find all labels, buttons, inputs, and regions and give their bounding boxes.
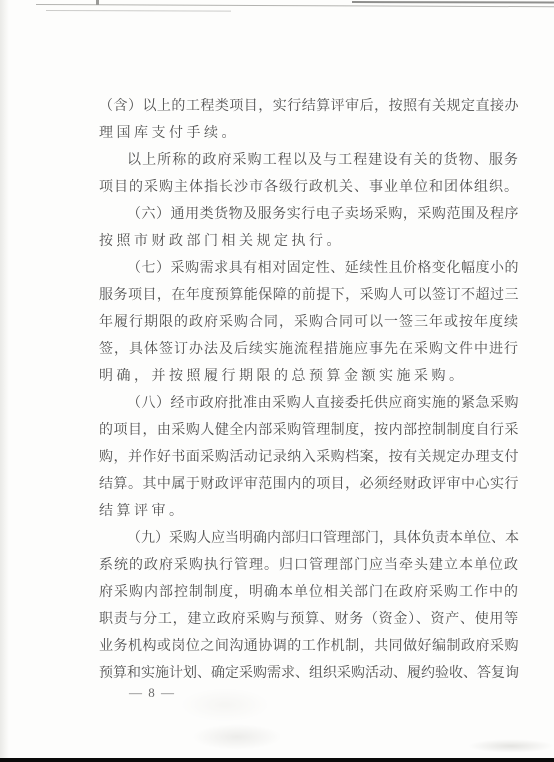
- text-line: 签，具体签订办法及后续实施流程措施应事先在采购文件中进行: [99, 336, 519, 363]
- text-line: 明确，并按照履行期限的总预算金额实施采购。: [99, 363, 519, 390]
- left-edge-shading: [0, 0, 9, 762]
- text-line: 的项目，由采购人健全内部采购管理制度，按内部控制制度自行采: [99, 417, 519, 444]
- text-line: 服务项目，在年度预算能保障的前提下，采购人可以签订不超过三: [99, 282, 519, 309]
- text-line: 按照市财政部门相关规定执行。: [99, 228, 519, 255]
- text-line: 年履行期限的政府采购合同，采购合同可以一签三年或按年度续: [99, 309, 519, 336]
- text-line: （九）采购人应当明确内部归口管理部门，具体负责本单位、本: [99, 525, 519, 552]
- text-line: 系统的政府采购执行管理。归口管理部门应当牵头建立本单位政: [99, 552, 519, 579]
- scan-smudge-bottom-center: [192, 724, 282, 750]
- scan-streak-short: [46, 10, 231, 12]
- text-line: 理国库支付手续。: [99, 120, 519, 147]
- scan-smudge-bottom-right: [468, 739, 554, 753]
- body-text: （含）以上的工程类项目，实行结算评审后，按照有关规定直接办理国库支付手续。以上所…: [99, 93, 519, 687]
- scan-smudge-near-page-number: [180, 688, 270, 722]
- text-line: （含）以上的工程类项目，实行结算评审后，按照有关规定直接办: [99, 93, 519, 120]
- text-line: （六）通用类货物及服务实行电子卖场采购，采购范围及程序: [99, 201, 519, 228]
- scanned-document-page: （含）以上的工程类项目，实行结算评审后，按照有关规定直接办理国库支付手续。以上所…: [0, 0, 554, 762]
- text-line: 府采购内部控制制度，明确本单位相关部门在政府采购工作中的: [99, 579, 519, 606]
- text-line: 职责与分工，建立政府采购与预算、财务（资金）、资产、使用等: [99, 606, 519, 633]
- text-line: 以上所称的政府采购工程以及与工程建设有关的货物、服务: [99, 147, 519, 174]
- text-line: （七）采购需求具有相对固定性、延续性且价格变化幅度小的: [99, 255, 519, 282]
- bottom-scan-bar: [0, 758, 554, 762]
- text-line: 结算。其中属于财政评审范围内的项目，必须经财政评审中心实行: [99, 471, 519, 498]
- scan-streak-long: [36, 4, 554, 7]
- page-number: — 8 —: [129, 683, 176, 703]
- text-line: 购，并作好书面采购活动记录纳入采购档案，按有关规定办理支付: [99, 444, 519, 471]
- text-line: 业务机构或岗位之间沟通协调的工作机制，共同做好编制政府采购: [99, 633, 519, 660]
- text-line: 项目的采购主体指长沙市各级行政机关、事业单位和团体组织。: [99, 174, 519, 201]
- scan-corner-tick: [96, 0, 99, 5]
- scan-streak-dark: [352, 1, 554, 4]
- text-line: （八）经市政府批准由采购人直接委托供应商实施的紧急采购: [99, 390, 519, 417]
- text-line: 结算评审。: [99, 498, 519, 525]
